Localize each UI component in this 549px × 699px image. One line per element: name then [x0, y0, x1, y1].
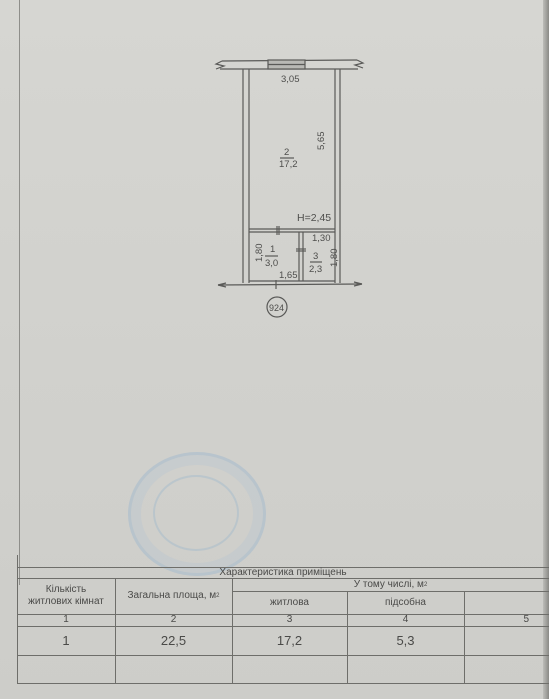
header-line1: Кількість	[46, 584, 86, 596]
header-auxiliary-area: підсобна	[347, 591, 464, 614]
stamp-inner-ring	[153, 475, 239, 551]
floor-plan: 3,05 5,65 2 17,2 Н=2,45 1,80 1 3,0 1,65 …	[0, 0, 549, 330]
header-living-area: житлова	[232, 591, 347, 614]
col-number-4: 4	[347, 614, 464, 626]
room-characteristics-table: Характеристика приміщень У тому числі, м…	[17, 555, 549, 699]
room1-number: 1	[270, 244, 275, 255]
value-living-area: 17,2	[232, 626, 347, 655]
table-title: Характеристика приміщень	[17, 567, 549, 578]
room2-area: 17,2	[279, 159, 298, 170]
header-living-rooms-count: Кількість житлових кімнат	[17, 578, 115, 614]
value-living-rooms-count: 1	[17, 626, 115, 655]
header-total-area-sup: 2	[216, 590, 219, 602]
header-line2: житлових кімнат	[28, 596, 104, 608]
col-number-5: 5	[464, 614, 549, 626]
header-total-area: Загальна площа, м2	[115, 578, 232, 614]
room3-number: 3	[313, 251, 318, 262]
building-number: 924	[269, 303, 284, 313]
table-subheader: У тому числі, м2	[232, 578, 549, 591]
dim-room1-height: 1,80	[254, 244, 265, 263]
value-auxiliary-area: 5,3	[347, 626, 464, 655]
col-number-1: 1	[17, 614, 115, 626]
col-number-3: 3	[232, 614, 347, 626]
ceiling-height: Н=2,45	[297, 212, 331, 224]
room2-number: 2	[284, 147, 289, 158]
dim-room1-width: 1,65	[279, 270, 298, 281]
dim-room3-height: 1,80	[329, 249, 340, 268]
header-total-area-text: Загальна площа, м	[128, 590, 217, 602]
subheader-text: У тому числі, м	[354, 579, 424, 591]
document-page: 3,05 5,65 2 17,2 Н=2,45 1,80 1 3,0 1,65 …	[0, 0, 549, 699]
room3-area: 2,3	[309, 264, 322, 275]
subheader-sup: 2	[424, 579, 427, 591]
value-total-area: 22,5	[115, 626, 232, 655]
dim-top-width: 3,05	[281, 74, 300, 85]
dim-room3-width: 1,30	[312, 233, 331, 244]
dim-room2-length: 5,65	[316, 132, 327, 151]
room1-area: 3,0	[265, 258, 278, 269]
col-number-2: 2	[115, 614, 232, 626]
